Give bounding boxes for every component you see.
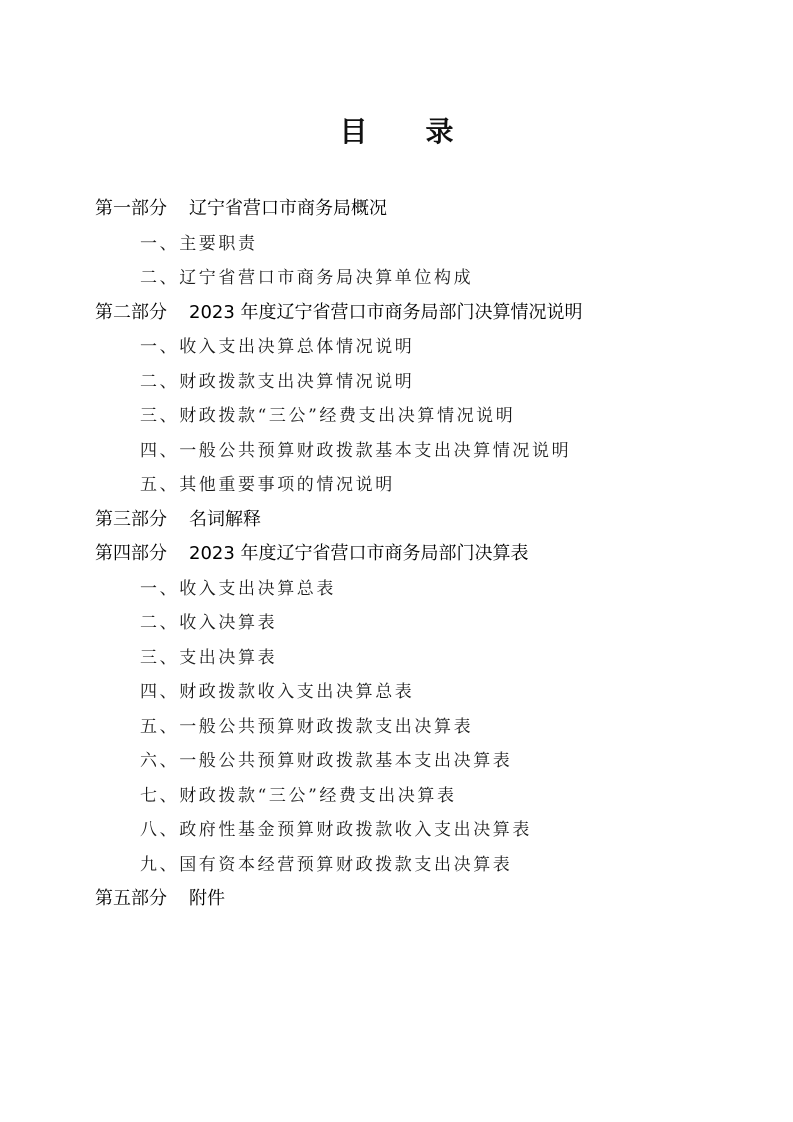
toc-item[interactable]: 二、财政拨款支出决算情况说明: [140, 365, 414, 399]
toc-part-3[interactable]: 第三部分名词解释: [95, 503, 261, 537]
part-title: 2023 年度辽宁省营口市商务局部门决算情况说明: [189, 302, 583, 323]
title-char-1: 目: [339, 112, 367, 152]
document-page: 目录 第一部分辽宁省营口市商务局概况 一、主要职责 二、辽宁省营口市商务局决算单…: [0, 0, 793, 1122]
toc-item[interactable]: 一、收入支出决算总体情况说明: [140, 330, 414, 364]
part-number: 第五部分: [95, 882, 167, 916]
toc-item[interactable]: 一、收入支出决算总表: [140, 572, 336, 606]
toc-item[interactable]: 五、其他重要事项的情况说明: [140, 468, 395, 502]
part-number: 第二部分: [95, 296, 167, 330]
title-char-2: 录: [426, 112, 454, 152]
toc-part-5[interactable]: 第五部分附件: [95, 882, 225, 916]
part-title: 辽宁省营口市商务局概况: [189, 198, 387, 219]
part-title: 名词解释: [189, 509, 261, 530]
toc-item[interactable]: 二、辽宁省营口市商务局决算单位构成: [140, 261, 473, 295]
toc-item[interactable]: 六、一般公共预算财政拨款基本支出决算表: [140, 744, 512, 778]
part-number: 第四部分: [95, 537, 167, 571]
part-number: 第一部分: [95, 192, 167, 226]
part-title: 附件: [189, 888, 225, 909]
toc-item[interactable]: 五、一般公共预算财政拨款支出决算表: [140, 710, 473, 744]
toc-item[interactable]: 三、财政拨款“三公”经费支出决算情况说明: [140, 399, 515, 433]
toc-item[interactable]: 二、收入决算表: [140, 606, 277, 640]
toc-item[interactable]: 三、支出决算表: [140, 641, 277, 675]
toc-item[interactable]: 七、财政拨款“三公”经费支出决算表: [140, 779, 457, 813]
toc-part-4[interactable]: 第四部分2023 年度辽宁省营口市商务局部门决算表: [95, 537, 529, 571]
page-title: 目录: [0, 112, 793, 152]
part-title: 2023 年度辽宁省营口市商务局部门决算表: [189, 543, 529, 564]
part-number: 第三部分: [95, 503, 167, 537]
toc-part-1[interactable]: 第一部分辽宁省营口市商务局概况: [95, 192, 387, 226]
toc-item[interactable]: 四、一般公共预算财政拨款基本支出决算情况说明: [140, 434, 571, 468]
toc-item[interactable]: 八、政府性基金预算财政拨款收入支出决算表: [140, 813, 532, 847]
toc-item[interactable]: 一、主要职责: [140, 227, 258, 261]
toc-part-2[interactable]: 第二部分2023 年度辽宁省营口市商务局部门决算情况说明: [95, 296, 583, 330]
toc-item[interactable]: 四、财政拨款收入支出决算总表: [140, 675, 414, 709]
toc-item[interactable]: 九、国有资本经营预算财政拨款支出决算表: [140, 848, 512, 882]
